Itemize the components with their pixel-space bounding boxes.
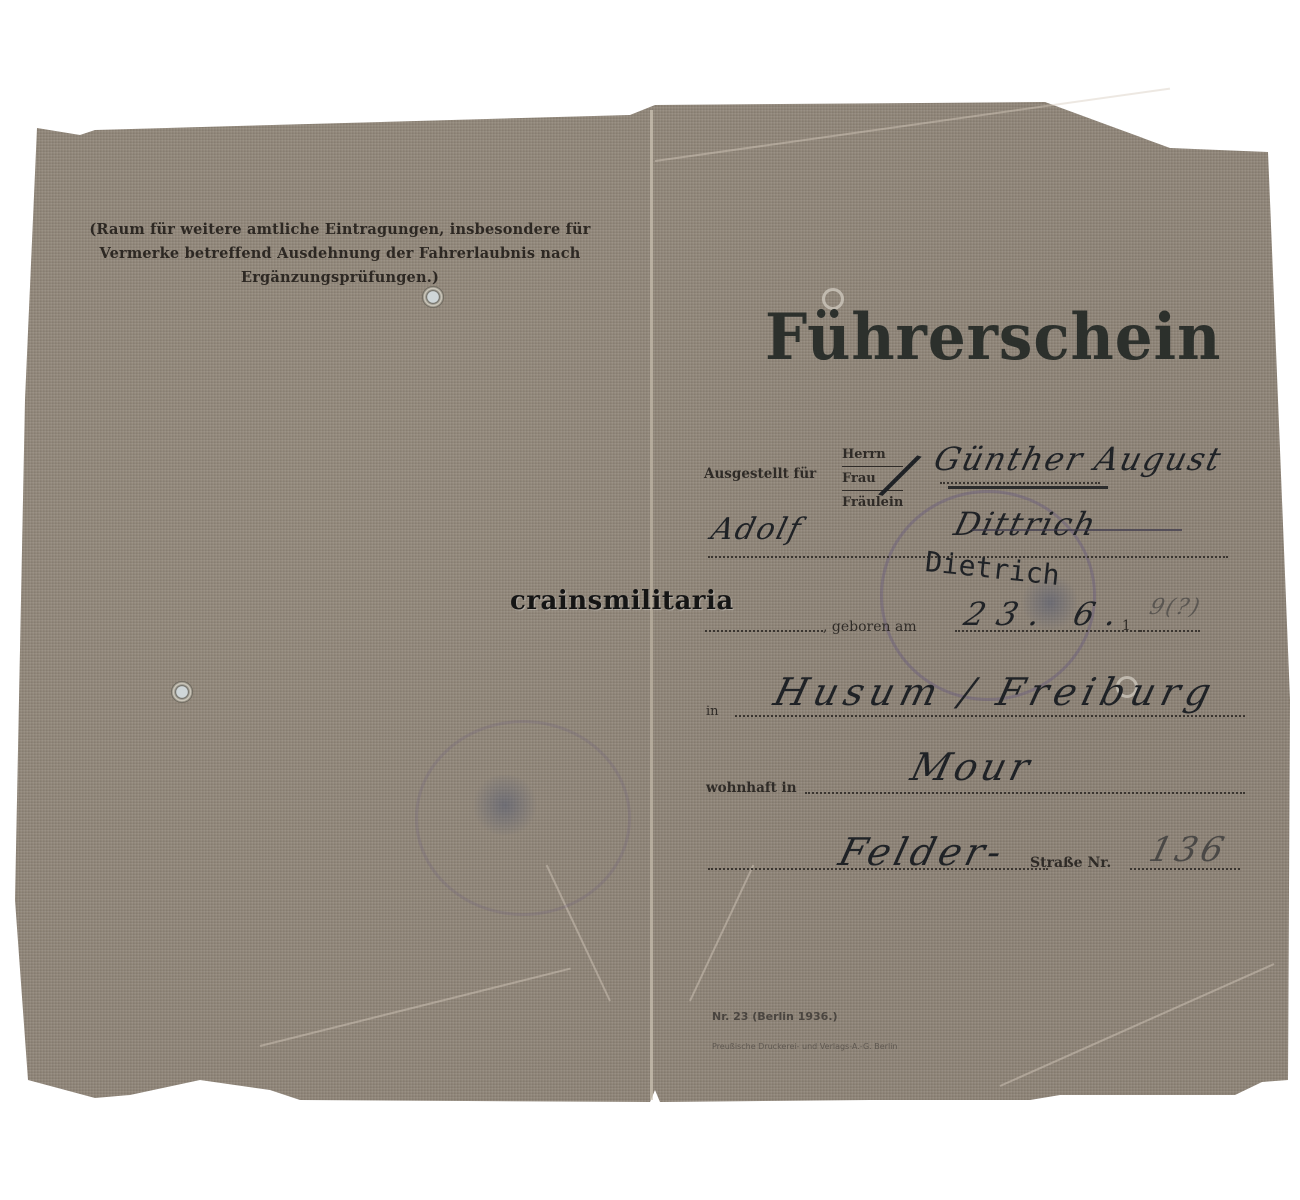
street: Felder-	[835, 830, 1011, 874]
left-page-note: (Raum für weitere amtliche Eintragungen,…	[60, 218, 620, 290]
watermark: crainsmilitaria	[510, 586, 734, 616]
note-line: Ergänzungsprüfungen.)	[60, 266, 620, 290]
note-line: (Raum für weitere amtliche Eintragungen,…	[60, 218, 620, 242]
stamp-ink-spot	[470, 775, 540, 835]
birthplace-line	[735, 715, 1245, 717]
eyelet-icon	[171, 681, 193, 703]
birthplace: Husum / Freiburg	[770, 670, 1222, 714]
birth-date: 23. 6.	[960, 595, 1133, 633]
residence-label: wohnhaft in	[706, 780, 797, 796]
strikethrough-line	[972, 529, 1182, 531]
name-line-1	[940, 482, 1100, 484]
handwritten-surname: Günther August	[930, 440, 1226, 478]
birth-line-left	[705, 630, 823, 632]
document-title: Führerschein	[765, 300, 1221, 375]
year-prefix: 1	[1122, 618, 1131, 634]
form-number: Nr. 23 (Berlin 1936.)	[712, 1010, 838, 1023]
birthplace-label: in	[706, 704, 719, 719]
birth-year: 9(?)	[1147, 595, 1204, 620]
birth-year-line	[1140, 630, 1200, 632]
handwritten-first-name: Adolf	[708, 512, 806, 547]
printer-imprint: Preußische Druckerei- und Verlags-A.-G. …	[712, 1042, 898, 1051]
eyelet-icon	[422, 286, 444, 308]
street-number: 136	[1145, 830, 1232, 870]
residence: Mour	[907, 745, 1038, 789]
handwritten-struck-name: Dittrich	[950, 505, 1101, 543]
street-label: Straße Nr.	[1030, 855, 1111, 871]
note-line: Vermerke betreffend Ausdehnung der Fahre…	[60, 242, 620, 266]
issued-for-label: Ausgestellt für	[704, 466, 816, 482]
name-underline	[948, 486, 1108, 489]
residence-line	[805, 792, 1245, 794]
document-scan: (Raum für weitere amtliche Eintragungen,…	[0, 0, 1300, 1200]
born-label: , geboren am	[823, 619, 917, 635]
